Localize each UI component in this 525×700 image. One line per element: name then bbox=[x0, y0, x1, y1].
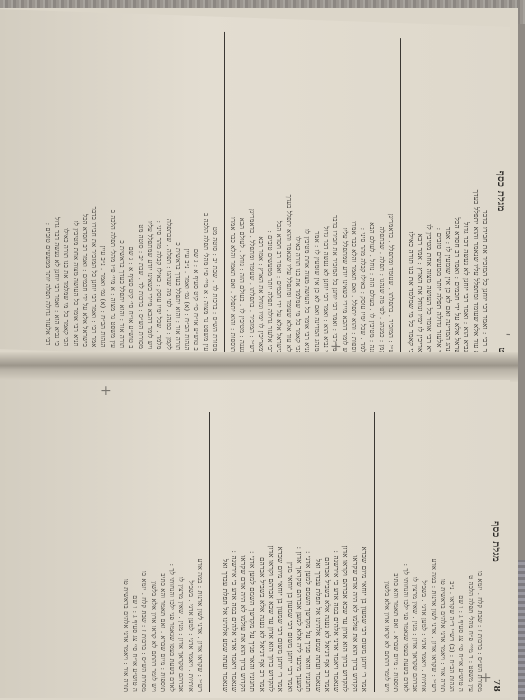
text-line: הכי קאמר כל מי שמלמד את בנו תורה כאילו bbox=[293, 34, 302, 354]
text-line: תורה אור : ויאמר אדני אלהים בראשית טו bbox=[438, 412, 447, 692]
text-line: נענה : מטיבין לו . בעולם הזה : נוחל . לע… bbox=[237, 32, 246, 352]
text-line: נענה : מטיבין לו . בעולם הזה : נוחל . לע… bbox=[367, 37, 376, 357]
text-line: מלמד . שכל ימיו עוסק : כאילו קבלה מהר סי… bbox=[154, 29, 163, 349]
text-line: כי נביא הוא : ואמר רבי יוחנן לא נעשה דבר… bbox=[52, 26, 61, 346]
text-line: אמר רב אף דניאל לא נענה אלא בשביל אברהם bbox=[322, 412, 331, 692]
text-line: רבי אלעזר גדולה תפלה יותר ממעשים טובים : bbox=[265, 33, 274, 353]
text-line: עין משפט נר מצוה : א מיי׳ פ״ו מהל׳ תפלה … bbox=[107, 28, 116, 348]
running-header: מגלת כסף bbox=[496, 171, 505, 212]
text-line: מסורת הש״ס : ברכות ז : שבת קלח . יומא כו bbox=[475, 412, 484, 692]
text-line: מלמד . שכל ימיו עוסק : כאילו קבלה מהר סי… bbox=[358, 37, 367, 357]
text-line: כי נביא הוא : ואמר רבי יוחנן לא נעשה דבר… bbox=[461, 40, 470, 360]
text-line: תורה אור : והוא יתפלל בעדך בראשית כ bbox=[117, 28, 126, 348]
commentary-column: רש״י : המזכיר . בתפלתו . שעומד ומתפלל . … bbox=[228, 32, 395, 358]
text-line: תוספות : מיום שברא . ואם תאמר והא כתיב bbox=[158, 412, 167, 692]
text-line: ב טוש״ע או״ח סי׳ קיט סעיף א : ג שם bbox=[126, 28, 135, 348]
text-line: תניא רבי אומר כל העושה מצוה אחת מטיבין ל… bbox=[70, 27, 79, 347]
text-line: רש״י : המזכיר . בתפלתו . שעומד ומתפלל . … bbox=[386, 38, 395, 358]
text-line: בישראל אלא על ידי חכמים : ואמר רב חסדא ה… bbox=[452, 40, 461, 360]
text-line: שנאמר ועתה שמע אלהינו אל תפלת עבדך ואל bbox=[219, 412, 228, 692]
text-line: ה טוש״ע או״ח סי׳ צג סעיף ג : ו שם bbox=[130, 412, 139, 692]
text-line: מסורת הש״ס : ברכות ז : שבת קלח . יומא כו bbox=[139, 412, 148, 692]
text-line: הקדוש ברוך הוא את עולמו לא היה אדם שקראו bbox=[349, 412, 358, 692]
text-line: מסורת הש״ס : ברכות לד . שבת יב : סוטה מט bbox=[135, 29, 144, 349]
text-line: ה טוש״ע או״ח סי׳ צג סעיף ג : ו שם bbox=[456, 412, 465, 692]
text-line: אמר רב אף דניאל לא נענה אלא בשביל אברהם bbox=[256, 412, 265, 692]
side-notes-column: מסורת הש״ס : ברכות לד . שבת יב : סוטה מט… bbox=[42, 26, 219, 352]
text-line: לאדם בשעת כעסו שנאמר פני ילכו והנחותי לך… bbox=[400, 412, 409, 692]
text-line: שנאמר ועתה שמע אלהינו אל תפלת עבדך ואל bbox=[312, 412, 321, 692]
text-line: רבי אלעזר גדולה תפלה יותר ממעשים טובים : bbox=[42, 26, 51, 346]
text-line: ומאריכין לו ימיו ונוחל את הארץ : אמר רבא bbox=[256, 33, 265, 353]
text-line: להקדוש ברוך הוא אדון עד שבא אברהם וקראו … bbox=[340, 412, 349, 692]
text-line: ומאריכין לו ימיו ונוחל את הארץ : אמר רבא bbox=[415, 39, 424, 359]
commentary-column: רש״י : שקראו אדון . אדני לשון אדנות : במ… bbox=[120, 412, 204, 692]
text-line: כמנהג המדינה ואם לא כן אין שומעין לו : א… bbox=[443, 40, 452, 360]
bottom-page: 78 מגלת כסף מסורת הש״ס : ברכות ז : שבת ק… bbox=[0, 380, 510, 698]
text-line: תחנוניו והאר פניך על מקדשך השמם למען אדנ… bbox=[303, 412, 312, 692]
text-line: שנאמר ויאמר אדני אלהים במה אדע כי אירשנה… bbox=[331, 412, 340, 692]
text-line: ולא עוד אלא שעומד ומתפלל עליו שנאמר והוא… bbox=[283, 34, 292, 354]
text-line: רש״י : שקראו אדון . אדני לשון אדנות : במ… bbox=[195, 412, 204, 692]
text-line: לקמן : כמנהג . לפי מה שנהגו : תפלה . שבת… bbox=[376, 37, 385, 357]
text-line: הגהות הב״ח : (ב) רש״י ד״ה שקראו . נ״ב bbox=[447, 412, 456, 692]
open-book: צ״ט מגלת כסף אמר רבי : ואמר רבי יוחנן כל… bbox=[0, 8, 518, 700]
text-line: הכי קאמר כל מי שמלמד את בנו תורה כאילו bbox=[405, 38, 414, 358]
text-line: ויש לומר דהתם לא קראו אדון אלא בלשון bbox=[148, 412, 157, 692]
text-line: ואמר רבי יוחנן משום רבי שמעון בן יוחאי מ… bbox=[284, 412, 293, 692]
page-number: 78 bbox=[491, 679, 500, 692]
text-line: תורה אור : והוא יתפלל בעדך בראשית כ bbox=[173, 30, 182, 350]
divider-line bbox=[224, 32, 225, 352]
text-line: תניא רבי אומר כל העושה מצוה אחת מטיבין ל… bbox=[302, 35, 311, 355]
text-line: אותיות . ויאמר אדני : למען אדני . בשביל bbox=[419, 412, 428, 692]
text-line: כי נביא הוא : ואמר רבי יוחנן לא נעשה דבר… bbox=[321, 35, 330, 355]
text-line: אמר רבי : ואמר רבי יוחנן כל המזכיר את חב… bbox=[89, 27, 98, 347]
text-line: אותיות . ויאמר אדני : למען אדני . בשביל bbox=[185, 412, 194, 692]
main-text-column: אמר רבי : ואמר רבי יוחנן כל המזכיר את חב… bbox=[405, 38, 489, 361]
text-line: תורה אור : ויאמר אדני אלהים בראשית טו bbox=[120, 412, 129, 692]
text-line: רבי אלעזר גדולה תפלה יותר ממעשים טובים : bbox=[433, 39, 442, 359]
top-page: צ״ט מגלת כסף אמר רבי : ואמר רבי יוחנן כל… bbox=[0, 9, 510, 367]
side-notes-column: מסורת הש״ס : ברכות ז : שבת קלח . יומא כו… bbox=[382, 412, 484, 692]
text-line: ב טוש״ע או״ח סי׳ קיט סעיף א : ג שם bbox=[191, 31, 200, 351]
pencil-mark: + bbox=[100, 383, 112, 399]
text-line: אמר ר׳ יוחנן משום רבי שמעון בן יוחאי מיו… bbox=[275, 412, 284, 692]
text-line: ויש לומר דהכא מיירי כשאינו יודע שמתפלל ע… bbox=[339, 36, 348, 356]
text-line: אמר רבי : ואמר רבי יוחנן כל המזכיר את חב… bbox=[480, 41, 489, 361]
text-line: בישראל אלא על ידי חכמים : ואמר רב חסדא ה… bbox=[274, 34, 283, 354]
main-text-column: אמר ר׳ יוחנן משום רבי שמעון בן יוחאי מיו… bbox=[219, 412, 368, 692]
text-line: תוספות : מיום שברא . ואם תאמר והא כתיב bbox=[391, 412, 400, 692]
pencil-mark: + bbox=[480, 670, 492, 686]
text-line: רש״י : שקראו אדון . אדני לשון אדנות : במ… bbox=[428, 412, 437, 692]
text-line: בישראל אלא על ידי חכמים : ואמר רב חסדא ה… bbox=[80, 27, 89, 347]
text-line: כמנהג המדינה ואם לא כן אין שומעין לו : א… bbox=[311, 35, 320, 355]
divider-line bbox=[374, 412, 375, 692]
text-line: הכי קאמר כל מי שמלמד את בנו תורה כאילו bbox=[61, 26, 70, 346]
text-line: ויש לומר דהכא מיירי כשאינו יודע שמתפלל ע… bbox=[145, 29, 154, 349]
text-line: אמר ר׳ יוחנן משום רבי שמעון בן יוחאי מיו… bbox=[359, 412, 368, 692]
text-line: אברהם שקראך אדון : מנין . שאין מרצין לו bbox=[176, 412, 185, 692]
text-line: לאדם בשעת כעסו שנאמר פני ילכו והנחותי לך… bbox=[167, 412, 176, 692]
text-line: להקדוש ברוך הוא אדון עד שבא אברהם וקראו … bbox=[266, 412, 275, 692]
text-line: תוספות : והוא יתפלל . ואם תאמר והלא כבר … bbox=[228, 32, 237, 352]
running-header: מגלת כסף bbox=[491, 521, 500, 562]
text-line: מסורת הש״ס : ברכות לד . שבת יב : סוטה מט bbox=[210, 31, 219, 351]
book-gutter bbox=[0, 352, 518, 382]
text-line: עין משפט נר מצוה : א מיי׳ פ״ו מהל׳ תפלה … bbox=[200, 31, 209, 351]
text-line: אמר רבי : ואמר רבי יוחנן כל המזכיר את חב… bbox=[330, 36, 339, 356]
text-line: הגהות הב״ח : (א) גמ׳ ואמר . נ״ב עיין bbox=[98, 28, 107, 348]
text-line: ולא עוד אלא שעומד ומתפלל עליו שנאמר והוא… bbox=[470, 41, 479, 361]
divider-line bbox=[209, 412, 210, 692]
text-line: רש״י : המזכיר . בתפלתו . שעומד ומתפלל . … bbox=[246, 33, 255, 353]
pencil-mark: + bbox=[505, 327, 510, 343]
text-line: למענך מיבעי ליה אלא למען אברהם שקראך אדו… bbox=[294, 412, 303, 692]
text-line: תחנוניו והאר פניך על מקדשך השמם למען אדנ… bbox=[247, 412, 256, 692]
text-line: הגהות הב״ח : (א) גמ׳ ואמר . נ״ב עיין bbox=[182, 30, 191, 350]
text-line: לקמן : כמנהג . לפי מה שנהגו : תפלה . שבת… bbox=[163, 30, 172, 350]
text-line: ויש לומר דהתם לא קראו אדון אלא בלשון bbox=[382, 412, 391, 692]
text-line: הקדוש ברוך הוא את עולמו לא היה אדם שקראו bbox=[238, 412, 247, 692]
text-line: תניא רבי אומר כל העושה מצוה אחת מטיבין ל… bbox=[424, 39, 433, 359]
text-line: עין משפט : ד מיי׳ פ״ח מהל׳ תפלה הלכה ט bbox=[465, 412, 474, 692]
divider-line bbox=[400, 38, 401, 358]
text-line: אברהם שקראך אדון : מנין . שאין מרצין לו bbox=[410, 412, 419, 692]
text-line: תוספות : והוא יתפלל . ואם תאמר והלא כבר … bbox=[349, 36, 358, 356]
text-line: שנאמר ויאמר אדני אלהים במה אדע כי אירשנה… bbox=[229, 412, 238, 692]
